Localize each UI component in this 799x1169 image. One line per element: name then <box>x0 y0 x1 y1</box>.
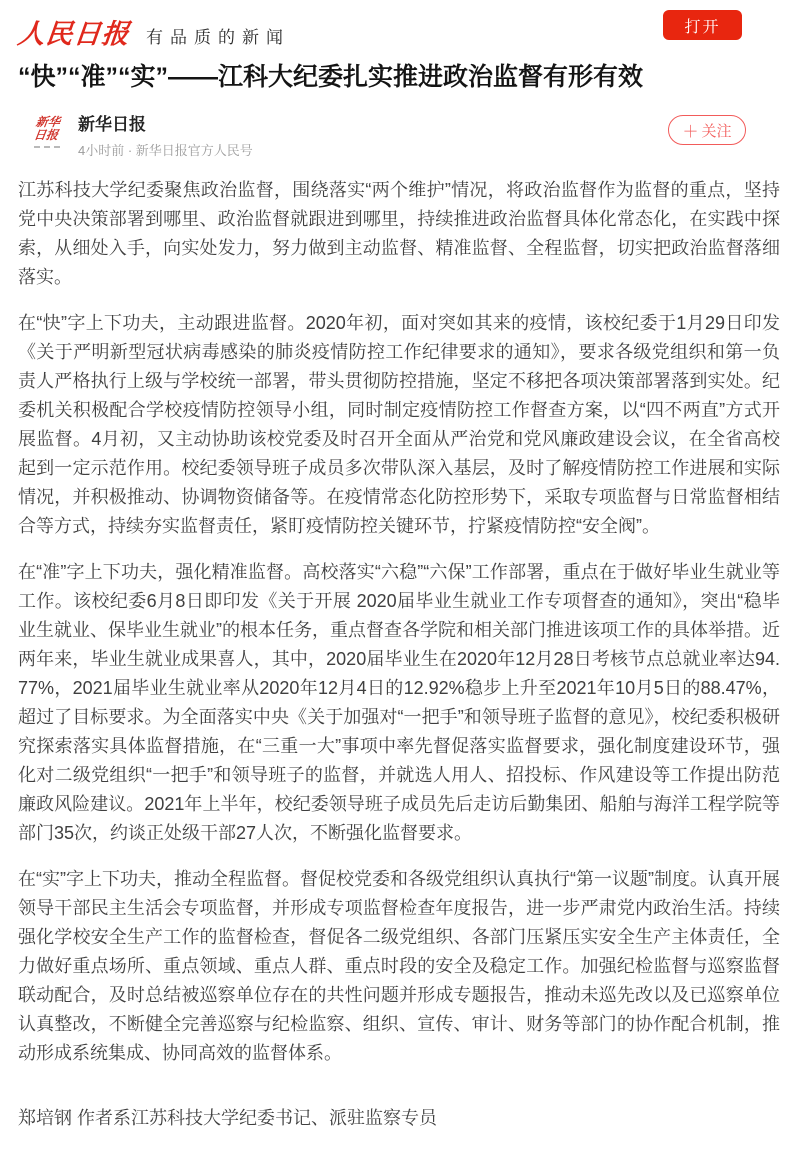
paragraph-1: 江苏科技大学纪委聚焦政治监督，围绕落实“两个维护”情况，将政治监督作为监督的重点… <box>18 176 780 292</box>
follow-button[interactable]: ＋ 关注 <box>668 115 746 145</box>
author-name[interactable]: 新华日报 <box>78 110 253 135</box>
author-avatar[interactable]: 新华日报 <box>26 111 68 153</box>
paragraph-3: 在“准”字上下功夫，强化精准监督。高校落实“六稳”“六保”工作部署，重点在于做好… <box>18 558 780 848</box>
plus-icon: ＋ <box>682 119 698 142</box>
peoples-daily-logo: 人民日报 <box>16 12 132 51</box>
masthead-slogan: 有品质的新闻 <box>146 23 290 48</box>
article-title: “快”“准”“实”——江科大纪委扎实推进政治监督有形有效 <box>18 60 781 94</box>
article-page: 人民日报 有品质的新闻 打开 “快”“准”“实”——江科大纪委扎实推进政治监督有… <box>0 0 799 1169</box>
author-info: 新华日报 4小时前 · 新华日报官方人民号 <box>78 110 253 159</box>
masthead: 人民日报 有品质的新闻 <box>18 12 290 51</box>
paragraph-2: 在“快”字上下功夫，主动跟进监督。2020年初，面对突如其来的疫情，该校纪委于1… <box>18 309 780 541</box>
author-signature: 郑培钢 作者系江苏科技大学纪委书记、派驻监察专员 <box>18 1104 780 1133</box>
article-body: 江苏科技大学纪委聚焦政治监督，围绕落实“两个维护”情况，将政治监督作为监督的重点… <box>18 176 780 1068</box>
avatar-decoration <box>34 146 60 148</box>
publish-meta: 4小时前 · 新华日报官方人民号 <box>78 140 253 159</box>
paragraph-4: 在“实”字上下功夫，推动全程监督。督促校党委和各级党组织认真执行“第一议题”制度… <box>18 865 780 1068</box>
byline-row: 新华日报 新华日报 4小时前 · 新华日报官方人民号 ＋ 关注 <box>18 110 781 154</box>
top-bar: 人民日报 有品质的新闻 打开 <box>0 0 799 52</box>
avatar-logo-text: 新华日报 <box>28 116 66 141</box>
follow-button-label: 关注 <box>702 120 732 141</box>
open-in-app-button[interactable]: 打开 <box>663 10 742 40</box>
